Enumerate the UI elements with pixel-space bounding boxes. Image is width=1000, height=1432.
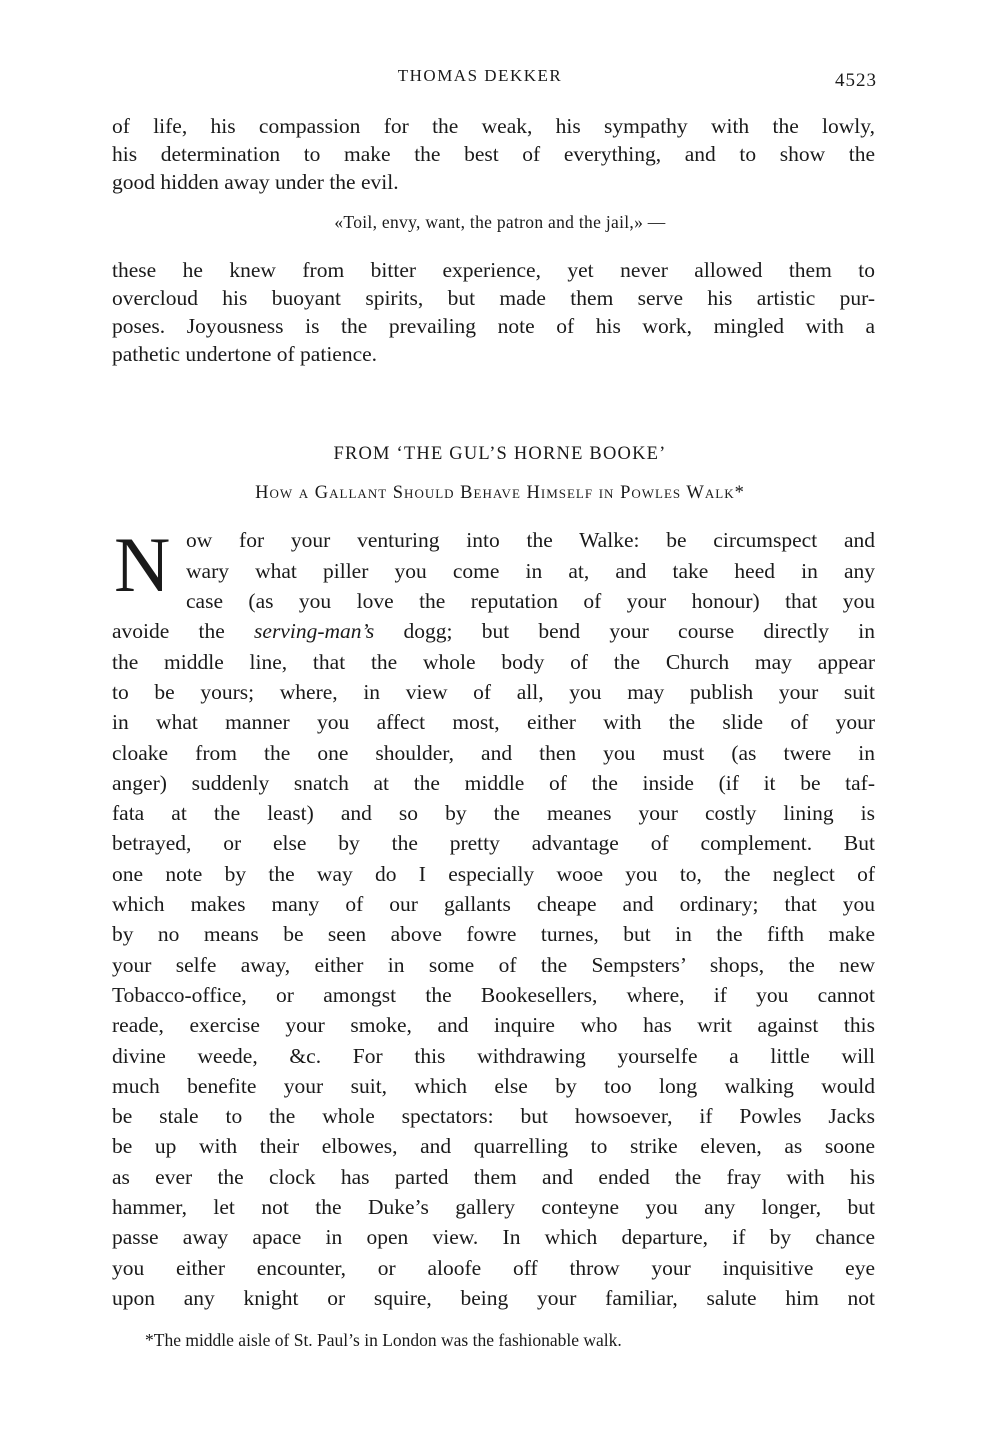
text-run: avoide the bbox=[112, 619, 254, 643]
body-line: in what manner you affect most, either w… bbox=[112, 708, 875, 736]
italic-term: serving-man’s bbox=[254, 619, 374, 643]
body-line: his determination to make the best of ev… bbox=[112, 140, 875, 168]
body-line: be up with their elbowes, and quarrellin… bbox=[112, 1132, 875, 1160]
body-line: pathetic undertone of patience. bbox=[112, 340, 875, 368]
body-line: good hidden away under the evil. bbox=[112, 168, 875, 196]
body-line: much benefite your suit, which else by t… bbox=[112, 1072, 875, 1100]
body-line: by no means be seen above fowre turnes, … bbox=[112, 920, 875, 948]
drop-cap: N bbox=[114, 526, 170, 604]
body-line: to be yours; where, in view of all, you … bbox=[112, 678, 875, 706]
body-line: as ever the clock has parted them and en… bbox=[112, 1163, 875, 1191]
body-line: you either encounter, or aloofe off thro… bbox=[112, 1254, 875, 1282]
body-line: poses. Joyousness is the prevailing note… bbox=[112, 312, 875, 340]
body-line: which makes many of our gallants cheape … bbox=[112, 890, 875, 918]
body-line: passe away apace in open view. In which … bbox=[112, 1223, 875, 1251]
section-title: FROM ‘THE GUL’S HORNE BOOKE’ bbox=[0, 444, 1000, 465]
body-line: fata at the least) and so by the meanes … bbox=[112, 799, 875, 827]
body-line: anger) suddenly snatch at the middle of … bbox=[112, 769, 875, 797]
body-line: of life, his compassion for the weak, hi… bbox=[112, 112, 875, 140]
body-line: the middle line, that the whole body of … bbox=[112, 648, 875, 676]
body-line: one note by the way do I especially wooe… bbox=[112, 860, 875, 888]
footnote: *The middle aisle of St. Paul’s in Londo… bbox=[145, 1330, 622, 1351]
verse-quote: «Toil, envy, want, the patron and the ja… bbox=[0, 212, 1000, 233]
book-page: THOMAS DEKKER 4523 of life, his compassi… bbox=[0, 0, 1000, 1432]
body-line: overcloud his buoyant spirits, but made … bbox=[112, 284, 875, 312]
body-line: case (as you love the reputation of your… bbox=[186, 587, 875, 615]
running-head: THOMAS DEKKER 4523 bbox=[0, 64, 1000, 94]
body-line: be stale to the whole spectators: but ho… bbox=[112, 1102, 875, 1130]
body-line: reade, exercise your smoke, and inquire … bbox=[112, 1011, 875, 1039]
body-line: cloake from the one shoulder, and then y… bbox=[112, 739, 875, 767]
body-line: Tobacco-office, or amongst the Bookesell… bbox=[112, 981, 875, 1009]
body-line: your selfe away, either in some of the S… bbox=[112, 951, 875, 979]
body-line: wary what piller you come in at, and tak… bbox=[186, 557, 875, 585]
body-line: ow for your venturing into the Walke: be… bbox=[186, 526, 875, 554]
body-line: avoide the serving-man’s dogg; but bend … bbox=[112, 617, 875, 645]
text-run: dogg; but bend your course directly in bbox=[374, 619, 875, 643]
running-title: THOMAS DEKKER bbox=[0, 66, 960, 86]
body-line: divine weede, &c. For this withdrawing y… bbox=[112, 1042, 875, 1070]
page-number: 4523 bbox=[835, 70, 877, 92]
body-line: betrayed, or else by the pretty advantag… bbox=[112, 829, 875, 857]
body-line: upon any knight or squire, being your fa… bbox=[112, 1284, 875, 1312]
body-line: these he knew from bitter experience, ye… bbox=[112, 256, 875, 284]
body-line: hammer, let not the Duke’s gallery conte… bbox=[112, 1193, 875, 1221]
section-subtitle: How a Gallant Should Behave Himself in P… bbox=[0, 483, 1000, 504]
